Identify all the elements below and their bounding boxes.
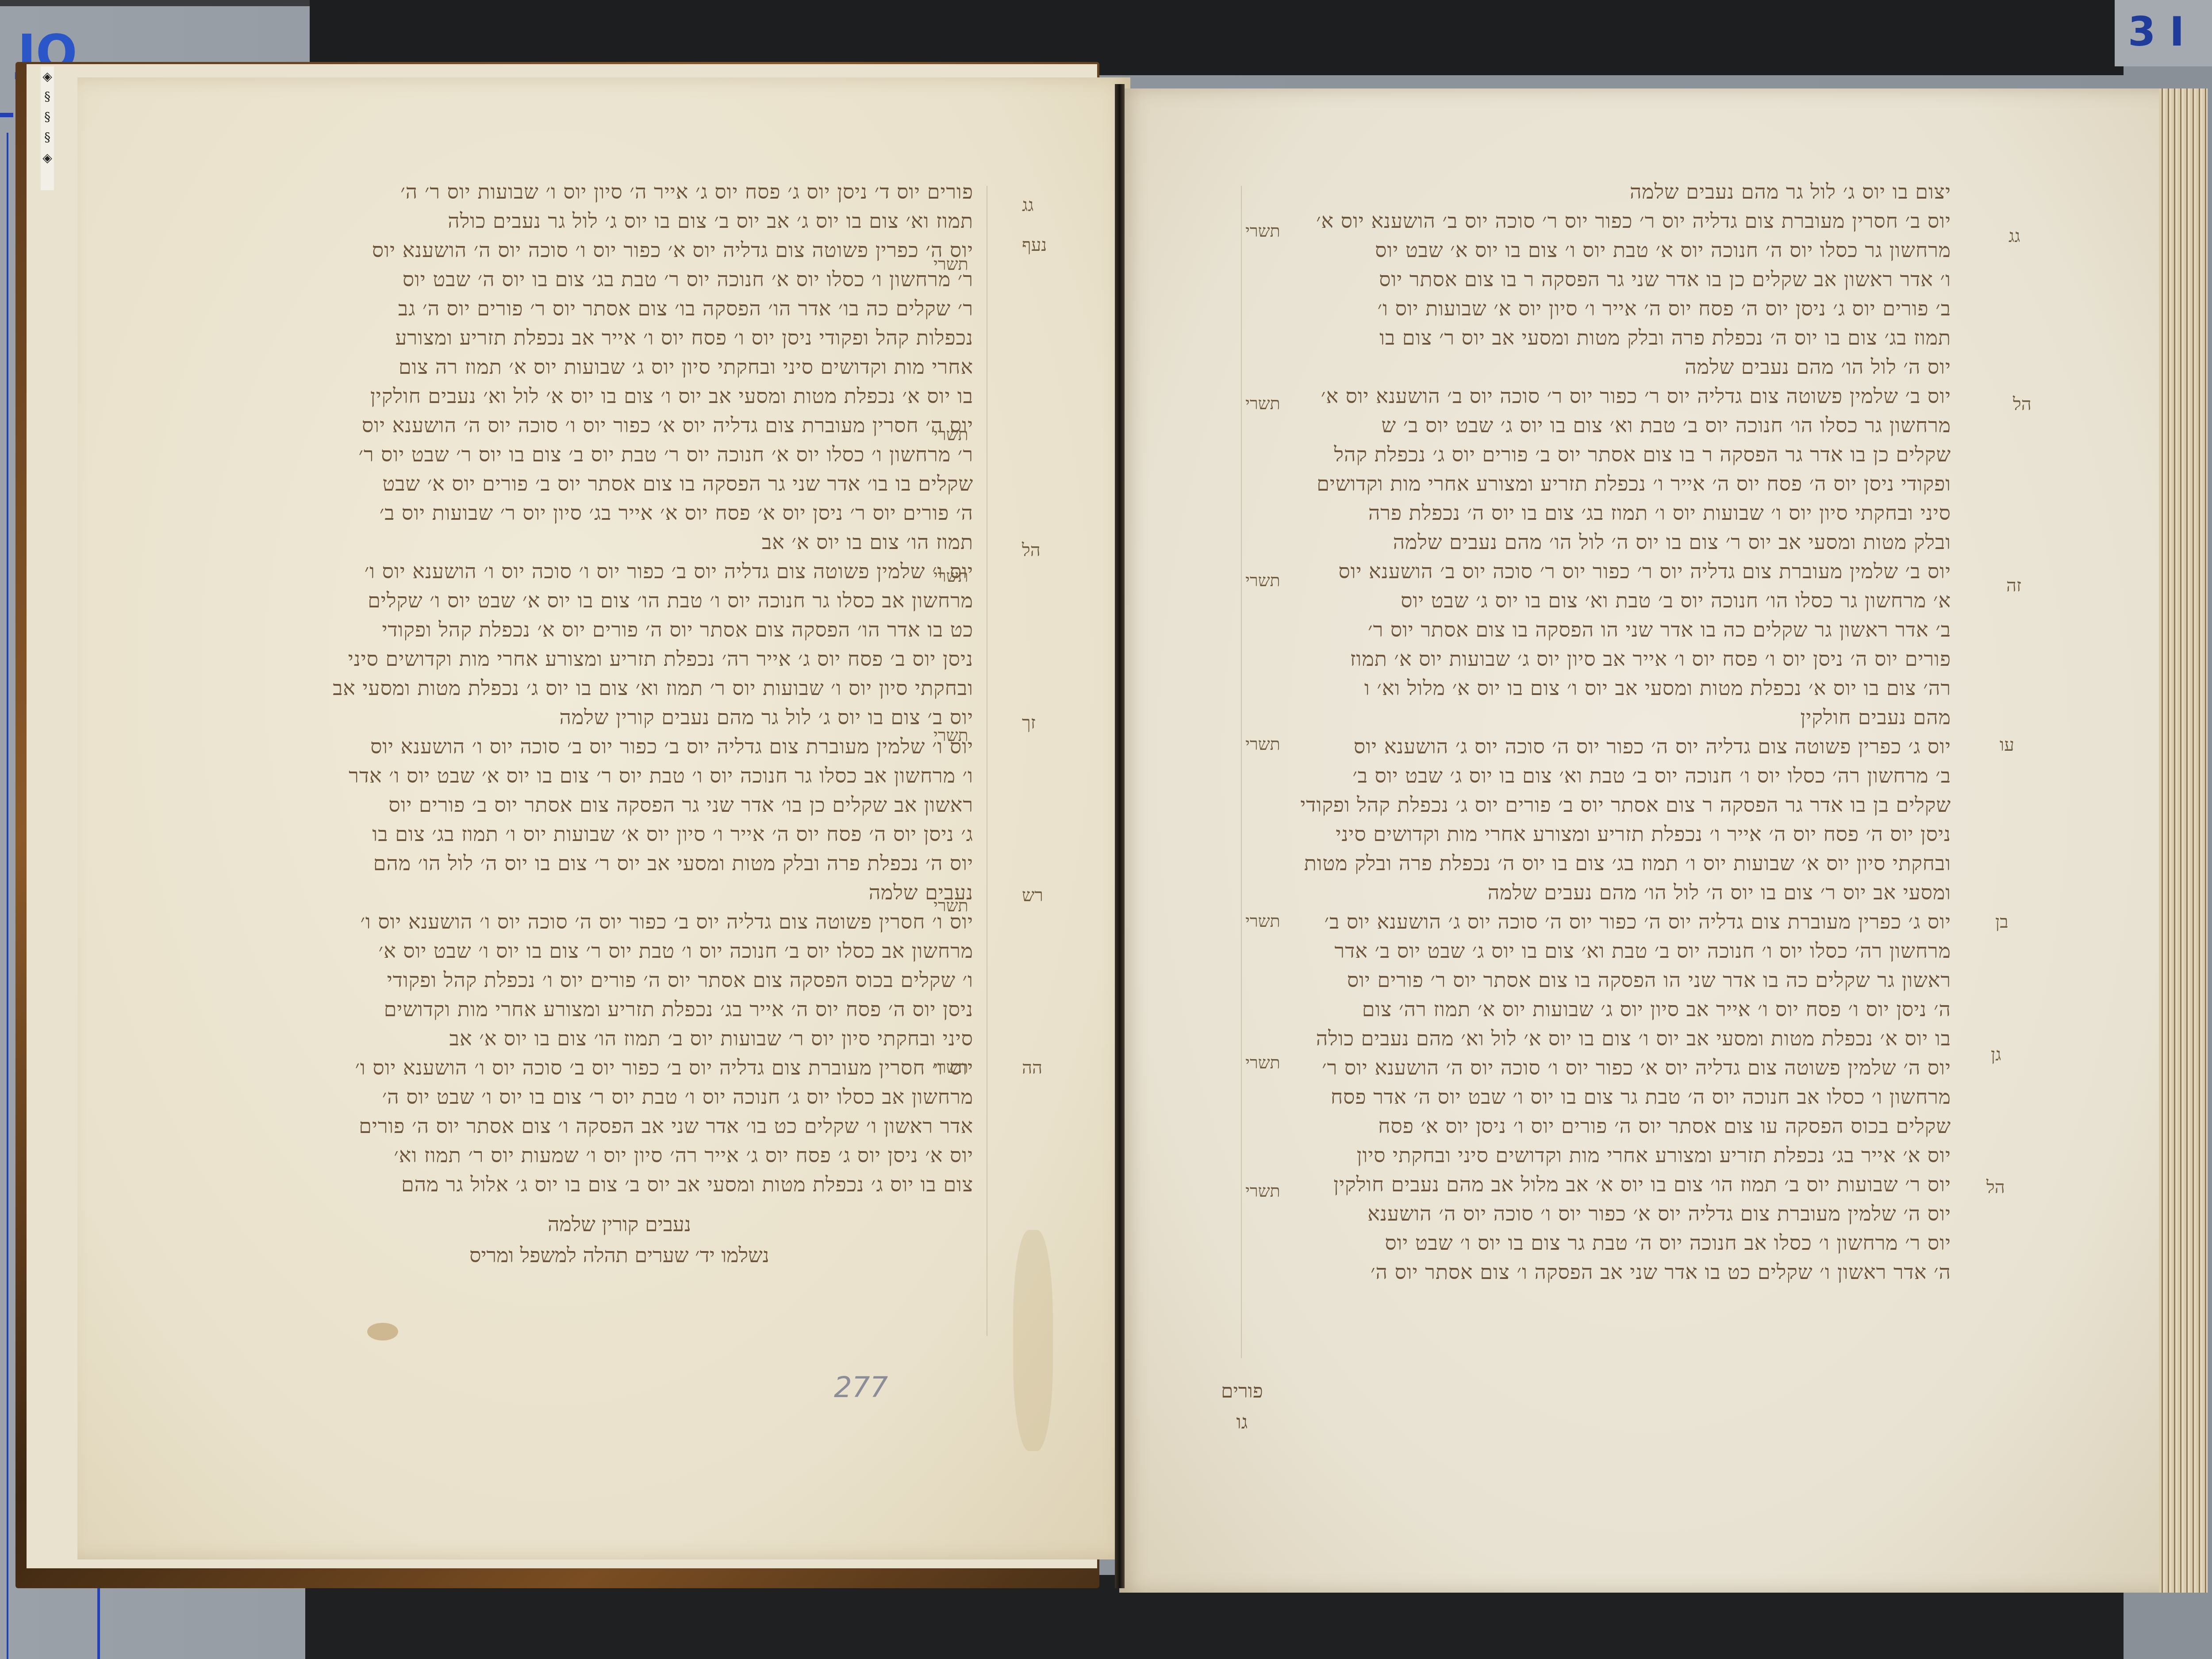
manuscript-line: כט בו אדר הו׳ הפסקה צום אסתר יוס ה׳ פורי… (283, 615, 973, 644)
manuscript-line: יוס ה׳ כפרין פשוטה צום גדליה יוס א׳ כפור… (283, 235, 973, 265)
margin-note: גג (1022, 195, 1033, 215)
manuscript-line: נכפלות קהל ופקודי ניסן יוס ו׳ פסח יוס ו׳… (283, 323, 973, 352)
manuscript-line: מרחשון אב כסלו יוס ג׳ חנוכה יוס ו׳ טבת י… (283, 1082, 973, 1111)
colophon-line: נשלמו יד׳ שערים תהלה למשפל ומריס (398, 1243, 841, 1267)
section-label-tishri: תשרי (1245, 571, 1280, 591)
manuscript-line: יוס ו׳ שלמין פשוטה צום גדליה יוס ב׳ כפור… (283, 557, 973, 586)
manuscript-line: נעבים שלמה (283, 878, 973, 907)
manuscript-line: אדר ראשון ו׳ שקלים כט בו׳ אדר שני אב הפס… (283, 1111, 973, 1141)
manuscript-line: ו׳ שקלים בכוס הפסקה צום אסתר יוס ה׳ פורי… (283, 965, 973, 995)
left-page-text-block: פורים יוס ד׳ ניסן יוס ג׳ פסח יוס ג׳ אייר… (283, 177, 973, 1199)
manuscript-line: יוס ו׳ חסרין מעוברת צום גדליה יוס ב׳ כפו… (283, 1053, 973, 1082)
manuscript-line: יוס ר׳ שבועות יוס ב׳ תמוז הו׳ צום בו יוס… (1230, 1170, 1951, 1199)
manuscript-line: אחרי מות וקדושים סיני ובחקתי סיון יוס ג׳… (283, 352, 973, 381)
manuscript-line: ומסעי אב יוס ר׳ צום בו יוס ה׳ לול הו׳ מה… (1230, 878, 1951, 907)
manuscript-line: ג׳ ניסן יוס ה׳ פסח יוס ה׳ אייר ו׳ סיון י… (283, 819, 973, 849)
section-label-tishri: תשרי (933, 566, 968, 586)
manuscript-line: מרחשון גר כסלו הו׳ חנוכה יוס ב׳ טבת וא׳ … (1230, 411, 1951, 440)
margin-note: נעף (1022, 234, 1047, 255)
ruling-line (987, 186, 987, 1336)
manuscript-line: ב׳ פורים יוס ג׳ ניסן יוס ה׳ פסח יוס ה׳ א… (1230, 294, 1951, 323)
manuscript-line: תמוז וא׳ צום בו יוס ג׳ אב יוס ב׳ צום בו … (283, 206, 973, 235)
catchword: פורים גו (1221, 1376, 1263, 1438)
section-label-tishri: תשרי (1245, 1053, 1280, 1073)
section-label-tishri: תשרי (933, 254, 968, 274)
folio-number: 277 (834, 1371, 888, 1404)
manuscript-line: ב׳ מרחשון רה׳ כסלו יוס ו׳ חנוכה יוס ב׳ ט… (1230, 761, 1951, 790)
manuscript-line: ו׳ אדר ראשון אב שקלים כן בו אדר שני גר ה… (1230, 265, 1951, 294)
section-label-tishri: תשרי (933, 896, 968, 916)
manuscript-line: בו יוס א׳ נכפלת מטות ומסעי אב יוס ו׳ צום… (283, 381, 973, 411)
manuscript-line: ב׳ אדר ראשון גר שקלים כה בו אדר שני הו ה… (1230, 615, 1951, 644)
margin-note: גן (1991, 1044, 2001, 1065)
calibration-blue-line (7, 133, 8, 1659)
manuscript-line: יוס ב׳ צום בו יוס ג׳ לול גר מהם נעבים קו… (283, 703, 973, 732)
manuscript-line: ר׳ מרחשון ו׳ כסלו יוס א׳ חנוכה יוס ר׳ טב… (283, 440, 973, 469)
manuscript-line: יוס ה׳ שלמין מעוברת צום גדליה יוס א׳ כפו… (1230, 1199, 1951, 1228)
manuscript-line: מרחשון אב כסלו גר חנוכה יוס ו׳ טבת הו׳ צ… (283, 586, 973, 615)
manuscript-line: מרחשון ו׳ כסלו אב חנוכה יוס ה׳ טבת גר צו… (1230, 1082, 1951, 1111)
ink-stain (367, 1323, 398, 1340)
manuscript-line: מרחשון אב כסלו יוס ב׳ חנוכה יוס ו׳ טבת י… (283, 936, 973, 965)
manuscript-line: סיני ובחקתי סיון יוס ו׳ שבועות יוס ו׳ תמ… (1230, 498, 1951, 527)
manuscript-line: יוס ב׳ שלמין מעוברת צום גדליה יוס ר׳ כפו… (1230, 557, 1951, 586)
manuscript-line: יוס ו׳ שלמין מעוברת צום גדליה יוס ב׳ כפו… (283, 732, 973, 761)
margin-note: זך (1022, 712, 1036, 733)
calibration-blue-line (97, 1584, 100, 1659)
manuscript-line: יוס ג׳ כפרין מעוברת צום גדליה יוס ה׳ כפו… (1230, 907, 1951, 936)
margin-note: זה (2006, 575, 2021, 596)
margin-note: גג (2008, 226, 2020, 246)
section-label-tishri: תשרי (1245, 734, 1280, 754)
margin-note: רש (1022, 885, 1043, 906)
margin-note: הה (1022, 1057, 1042, 1078)
manuscript-line: ובלק מטות ומסעי אב יוס ר׳ צום בו יוס ה׳ … (1230, 527, 1951, 557)
book-gutter (1115, 84, 1125, 1588)
manuscript-line: יוס ה׳ לול הו׳ מהם נעבים שלמה (1230, 352, 1951, 381)
manuscript-line: ר׳ שקלים כה בו׳ אדר הו׳ הפסקה בו׳ צום אס… (283, 294, 973, 323)
manuscript-line: יוס ה׳ שלמין פשוטה צום גדליה יוס א׳ כפור… (1230, 1053, 1951, 1082)
right-page-text-block: יצום בו יוס ג׳ לול גר מהם נעבים שלמה יוס… (1230, 177, 1951, 1286)
manuscript-line: פורים יוס ה׳ ניסן יוס ו׳ פסח יוס ו׳ אייר… (1230, 644, 1951, 673)
decorative-border-strip: ◈§§§◈ (41, 66, 54, 190)
manuscript-line: שקלים כן בו אדר גר הפסקה ר בו צום אסתר י… (1230, 440, 1951, 469)
manuscript-line: יוס ב׳ שלמין פשוטה צום גדליה יוס ר׳ כפור… (1230, 381, 1951, 411)
manuscript-line: ראשון אב שקלים כן בו׳ אדר שני גר הפסקה צ… (283, 790, 973, 819)
margin-note: עו (2000, 734, 2014, 755)
margin-note: הל (1022, 540, 1041, 561)
section-label-tishri: תשרי (933, 425, 968, 445)
calibration-logo-right: 3 I (2115, 0, 2212, 66)
manuscript-line: ובחקתי סיון יוס ו׳ שבועות יוס ר׳ תמוז וא… (283, 673, 973, 703)
catchword-line: גו (1221, 1407, 1263, 1438)
manuscript-line: מהם נעבים חולקין (1230, 703, 1951, 732)
manuscript-line: ה׳ אדר ראשון ו׳ שקלים כט בו אדר שני אב ה… (1230, 1257, 1951, 1286)
manuscript-line: שקלים בן בו אדר גר הפסקה ר צום אסתר יוס … (1230, 790, 1951, 819)
manuscript-line: ה׳ ניסן יוס ו׳ פסח יוס ו׳ אייר אב סיון י… (1230, 995, 1951, 1024)
calibration-blue-tick (0, 113, 13, 117)
margin-note: בן (1995, 911, 2008, 932)
manuscript-line: יוס א׳ אייר בג׳ נכפלת תזריע ומצורע אחרי … (1230, 1141, 1951, 1170)
manuscript-line: רה׳ צום בו יוס א׳ נכפלת מטות ומסעי אב יו… (1230, 673, 1951, 703)
manuscript-line: בו יוס א׳ נכפלת מטות ומסעי אב יוס ו׳ צום… (1230, 1024, 1951, 1053)
manuscript-line: ה׳ פורים יוס ר׳ ניסן יוס א׳ פסח יוס א׳ א… (283, 498, 973, 527)
manuscript-line: ר׳ מרחשון ו׳ כסלו יוס א׳ חנוכה יוס ר׳ טב… (283, 265, 973, 294)
section-label-tishri: תשרי (933, 726, 968, 745)
manuscript-line: יוס ג׳ כפרין פשוטה צום גדליה יוס ה׳ כפור… (1230, 732, 1951, 761)
manuscript-line: צום בו יוס ג׳ נכפלת מטות ומסעי אב יוס ב׳… (283, 1170, 973, 1199)
manuscript-line: א׳ מרחשון גר כסלו הו׳ חנוכה יוס ב׳ טבת ו… (1230, 586, 1951, 615)
manuscript-line: יוס ה׳ נכפלת פרה ובלק מטות ומסעי אב יוס … (283, 849, 973, 878)
manuscript-line: ניסן יוס ה׳ פסח יוס ה׳ אייר ו׳ נכפלת תזר… (1230, 819, 1951, 849)
section-label-tishri: תשרי (1245, 221, 1280, 241)
manuscript-line: ראשון גר שקלים כה בו אדר שני הו הפסקה בו… (1230, 965, 1951, 995)
manuscript-line: ניסן יוס ה׳ פסח יוס ה׳ אייר בג׳ נכפלת תז… (283, 995, 973, 1024)
manuscript-line: יוס ה׳ חסרין מעוברת צום גדליה יוס א׳ כפו… (283, 411, 973, 440)
section-label-tishri: תשרי (933, 1057, 968, 1077)
manuscript-line: יוס ב׳ חסרין מעוברת צום גדליה יוס ר׳ כפו… (1230, 206, 1951, 235)
manuscript-line: יוס ו׳ חסרין פשוטה צום גדליה יוס ב׳ כפור… (283, 907, 973, 936)
margin-note: הל (2013, 394, 2032, 415)
manuscript-line: מרחשון רה׳ כסלו יוס ו׳ חנוכה יוס ב׳ טבת … (1230, 936, 1951, 965)
manuscript-line: מרחשון גר כסלו יוס ה׳ חנוכה יוס א׳ טבת י… (1230, 235, 1951, 265)
text-block-page-edges (2159, 88, 2208, 1593)
manuscript-line: ניסן יוס ב׳ פסח יוס ג׳ אייר רה׳ נכפלת תז… (283, 644, 973, 673)
manuscript-line: תמוז הו׳ צום בו יוס א׳ אב (283, 527, 973, 557)
section-label-tishri: תשרי (1245, 1181, 1280, 1201)
section-label-tishri: תשרי (1245, 394, 1280, 414)
manuscript-line: שקלים בו בו׳ אדר שני גר הפסקה בו צום אסת… (283, 469, 973, 498)
manuscript-line: שקלים בכוס הפסקה עו צום אסתר יוס ה׳ פורי… (1230, 1111, 1951, 1141)
manuscript-line: ו׳ מרחשון אב כסלו גר חנוכה יוס ו׳ טבת יו… (283, 761, 973, 790)
manuscript-line: פורים יוס ד׳ ניסן יוס ג׳ פסח יוס ג׳ אייר… (283, 177, 973, 206)
manuscript-line: יוס ר׳ מרחשון ו׳ כסלו אב חנוכה יוס ה׳ טב… (1230, 1228, 1951, 1257)
manuscript-line: יצום בו יוס ג׳ לול גר מהם נעבים שלמה (1230, 177, 1951, 206)
catchword-line: פורים (1221, 1376, 1263, 1407)
manuscript-line: יוס א׳ ניסן יוס ג׳ פסח יוס ג׳ אייר רה׳ ס… (283, 1141, 973, 1170)
manuscript-line: ופקודי ניסן יוס ה׳ פסח יוס ה׳ אייר ו׳ נכ… (1230, 469, 1951, 498)
section-label-tishri: תשרי (1245, 911, 1280, 931)
manuscript-line: סיני ובחקתי סיון יוס ר׳ שבועות יוס ב׳ תמ… (283, 1024, 973, 1053)
margin-note: הל (1986, 1177, 2005, 1198)
manuscript-line: תמוז בג׳ צום בו יוס ה׳ נכפלת פרה ובלק מט… (1230, 323, 1951, 352)
manuscript-line: ובחקתי סיון יוס א׳ שבועות יוס ו׳ תמוז בג… (1230, 849, 1951, 878)
colophon-line: נעבים קורין שלמה (442, 1212, 796, 1236)
water-stain (1013, 1230, 1053, 1451)
